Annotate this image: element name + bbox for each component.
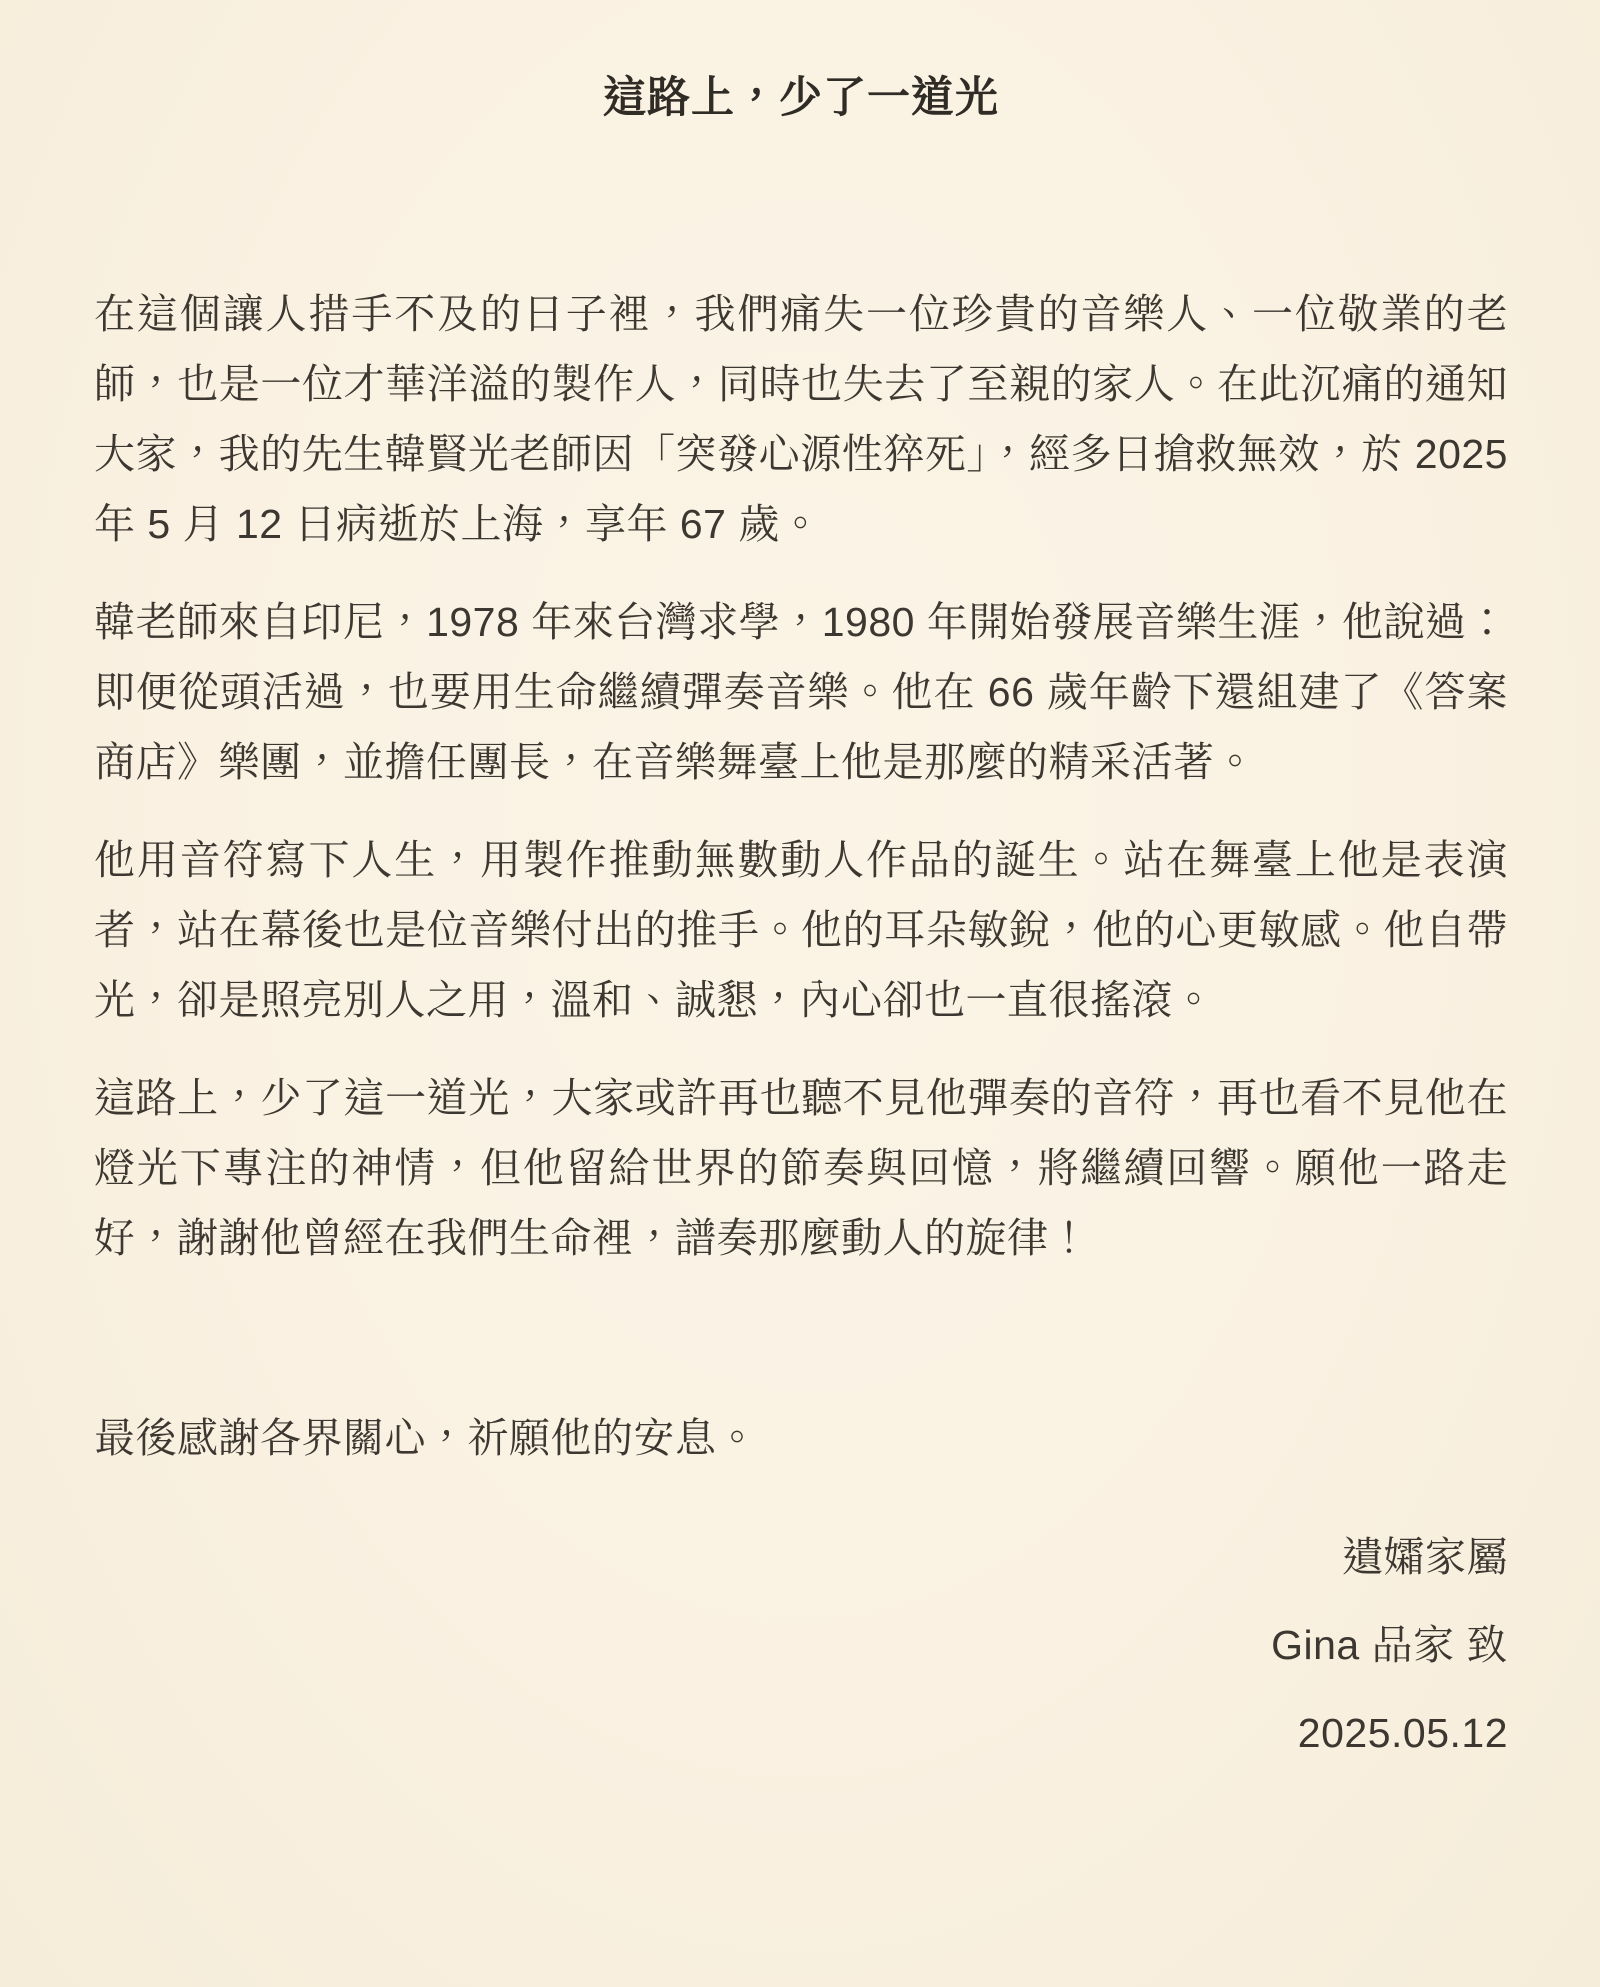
closing-line: 最後感謝各界關心，祈願他的安息。: [94, 1403, 1508, 1473]
signature-name: Gina 品家 致: [94, 1601, 1508, 1689]
notice-paragraph-2: 韓老師來自印尼，1978 年來台灣求學，1980 年開始發展音樂生涯，他說過：即…: [94, 587, 1508, 797]
notice-paragraph-4: 這路上，少了這一道光，大家或許再也聽不見他彈奏的音符，再也看不見他在燈光下專注的…: [94, 1063, 1508, 1273]
memorial-notice: 這路上，少了一道光 在這個讓人措手不及的日子裡，我們痛失一位珍貴的音樂人、一位敬…: [0, 0, 1600, 1987]
notice-body: 在這個讓人措手不及的日子裡，我們痛失一位珍貴的音樂人、一位敬業的老師，也是一位才…: [94, 279, 1508, 1273]
notice-paragraph-3: 他用音符寫下人生，用製作推動無數動人作品的誕生。站在舞臺上他是表演者，站在幕後也…: [94, 825, 1508, 1035]
signature-date: 2025.05.12: [94, 1689, 1508, 1777]
signature-signer: 遺孀家屬: [94, 1513, 1508, 1601]
page-title: 這路上，少了一道光: [94, 72, 1508, 124]
notice-paragraph-1: 在這個讓人措手不及的日子裡，我們痛失一位珍貴的音樂人、一位敬業的老師，也是一位才…: [94, 279, 1508, 559]
signature-block: 遺孀家屬 Gina 品家 致 2025.05.12: [94, 1513, 1508, 1777]
